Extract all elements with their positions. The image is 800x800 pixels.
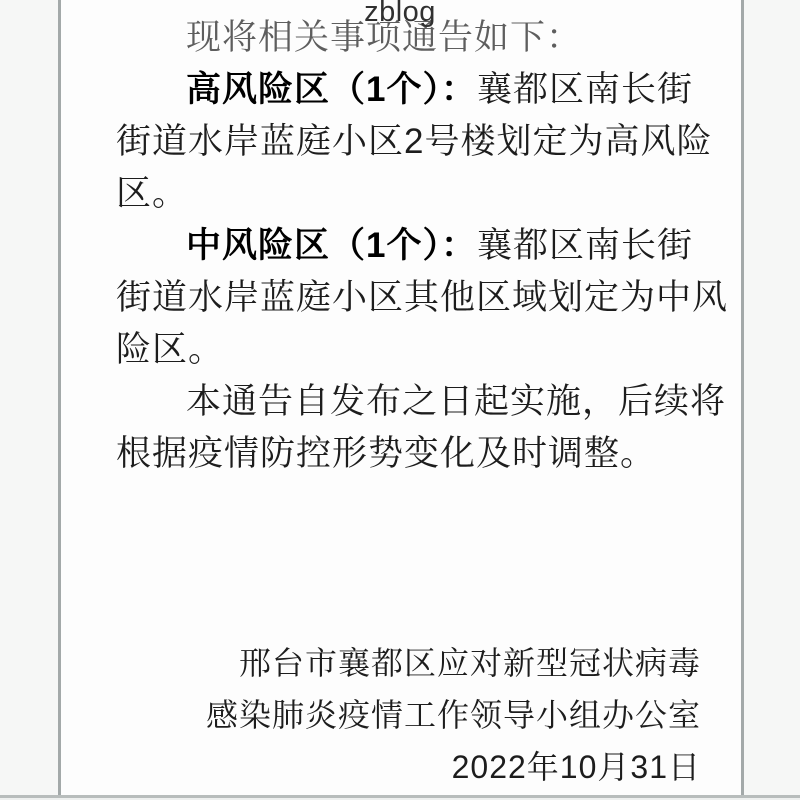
- text-segment: 襄都区南长街: [477, 70, 693, 109]
- signature-block: 邢台市襄都区应对新型冠状病毒感染肺炎疫情工作领导小组办公室2022年10月31日: [116, 637, 701, 793]
- text-segment: 本通告自发布之日起实施，后续将: [186, 382, 726, 421]
- text-line: 街道水岸蓝庭小区2号楼划定为高风险: [116, 116, 701, 168]
- notice-body: 现将相关事项通告如下：高风险区（1个）：襄都区南长街街道水岸蓝庭小区2号楼划定为…: [61, 0, 741, 793]
- risk-level-heading: 高风险区（1个）：: [186, 70, 477, 109]
- body-lines: 现将相关事项通告如下：高风险区（1个）：襄都区南长街街道水岸蓝庭小区2号楼划定为…: [116, 12, 701, 480]
- text-line: 街道水岸蓝庭小区其他区域划定为中风: [116, 272, 701, 324]
- text-segment: 根据疫情防控形势变化及时调整。: [116, 434, 656, 473]
- notice-page: 现将相关事项通告如下：高风险区（1个）：襄都区南长街街道水岸蓝庭小区2号楼划定为…: [58, 0, 744, 797]
- signature-line: 邢台市襄都区应对新型冠状病毒: [116, 637, 701, 689]
- screenshot-stage: 现将相关事项通告如下：高风险区（1个）：襄都区南长街街道水岸蓝庭小区2号楼划定为…: [0, 0, 800, 800]
- left-margin: [0, 0, 58, 797]
- signature-date: 2022年10月31日: [116, 741, 701, 793]
- text-line: 中风险区（1个）：襄都区南长街: [116, 220, 701, 272]
- text-line: 区。: [116, 168, 701, 220]
- text-line: 险区。: [116, 324, 701, 376]
- text-segment: 险区。: [116, 330, 224, 369]
- text-segment: 区。: [116, 174, 188, 213]
- watermark-text: zblog: [364, 0, 436, 28]
- text-segment: 襄都区南长街: [477, 226, 693, 265]
- signature-line: 感染肺炎疫情工作领导小组办公室: [116, 689, 701, 741]
- text-line: 高风险区（1个）：襄都区南长街: [116, 64, 701, 116]
- risk-level-heading: 中风险区（1个）：: [186, 226, 477, 265]
- text-line: 本通告自发布之日起实施，后续将: [116, 376, 701, 428]
- text-line: 根据疫情防控形势变化及时调整。: [116, 428, 701, 480]
- text-segment: 街道水岸蓝庭小区2号楼划定为高风险: [116, 122, 712, 161]
- text-segment: 街道水岸蓝庭小区其他区域划定为中风: [116, 278, 728, 317]
- right-margin: [744, 0, 800, 797]
